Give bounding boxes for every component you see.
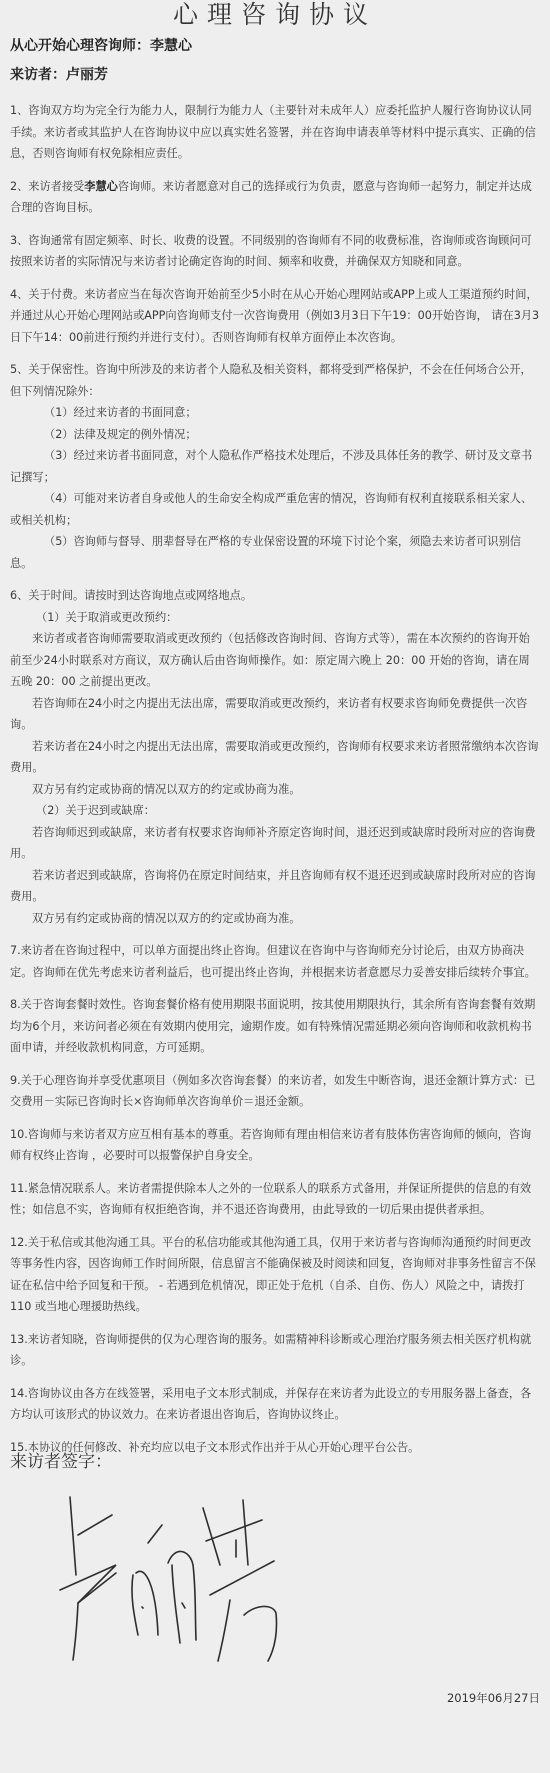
clause-6: 6、关于时间。请按时到达咨询地点或网络地点。 （1）关于取消或更改预约： 来访者… (10, 585, 540, 929)
clause-6-sub2-para-2: 若来访者迟到或缺席，咨询将仍在原定时间结束，并且咨询师有权不退还迟到或缺席时段所… (10, 865, 540, 908)
clause-14: 14.咨询协议由各方在线签署，采用电子文本形式制成，并保存在来访者为此设立的专用… (10, 1383, 540, 1426)
counselor-label: 从心开始心理咨询师： (10, 38, 150, 54)
clause-7: 7.来访者在咨询过程中，可以单方面提出终止咨询。但建议在咨询中与咨询师充分讨论后… (10, 940, 540, 983)
clause-10: 10.咨询师与来访者双方应互相有基本的尊重。若咨询师有理由相信来访者有肢体伤害咨… (10, 1124, 540, 1167)
counselor-name: 李慧心 (150, 38, 192, 54)
page-title: 心理咨询协议 (0, 0, 550, 32)
client-name: 卢丽芳 (66, 67, 108, 83)
clause-8: 8.关于咨询套餐时效性。咨询套餐价格有使用期限书面说明，按其使用期限执行，其余所… (10, 994, 540, 1059)
signature-label: 来访者签字： (10, 1447, 112, 1472)
clause-1: 1、咨询双方均为完全行为能力人，限制行为能力人（主要针对未成年人）应委托监护人履… (10, 100, 540, 165)
clause-2: 2、来访者接受李慧心咨询师。来访者愿意对自己的选择或行为负责，愿意与咨询师一起努… (10, 176, 540, 219)
clause-4: 4、关于付费。来访者应当在每次咨询开始前至少5小时在从心开始心理网站或APP上或… (10, 284, 540, 349)
clause-6-sub2-para-1: 若咨询师迟到或缺席，来访者有权要求咨询师补齐原定咨询时间，退还迟到或缺席时段所对… (10, 822, 540, 865)
clause-6-sub2-title: （2）关于迟到或缺席： (10, 800, 540, 822)
clause-11: 11.紧急情况联系人。来访者需提供除本人之外的一位联系人的联系方式备用，并保证所… (10, 1178, 540, 1221)
clause-5-intro: 5、关于保密性。咨询中所涉及的来访者个人隐私及相关资料，都将受到严格保护，不会在… (10, 359, 540, 402)
signature-date: 2019年06月27日 (447, 1690, 540, 1706)
clause-5-item-3: （3）经过来访者书面同意，对个人隐私作严格技术处理后，不涉及具体任务的教学、研讨… (10, 445, 540, 488)
clause-6-sub1-para-3: 若来访者在24小时之内提出无法出席，需要取消或更改预约，咨询师有权要求来访者照常… (10, 736, 540, 779)
clause-5-item-5: （5）咨询师与督导、朋辈督导在严格的专业保密设置的环境下讨论个案，须隐去来访者可… (10, 531, 540, 574)
clause-6-intro: 6、关于时间。请按时到达咨询地点或网络地点。 (10, 585, 540, 607)
clause-6-sub1-para-2: 若咨询师在24小时之内提出无法出席，需要取消或更改预约，来访者有权要求咨询师免费… (10, 693, 540, 736)
clause-6-sub2-para-3: 双方另有约定或协商的情况以双方的约定或协商为准。 (10, 908, 540, 930)
clause-2-counselor-name: 李慧心 (84, 180, 118, 193)
counselor-row: 从心开始心理咨询师：李慧心 (10, 32, 540, 61)
parties-block: 从心开始心理咨询师：李慧心 来访者：卢丽芳 (0, 32, 550, 90)
agreement-page: 心理咨询协议 从心开始心理咨询师：李慧心 来访者：卢丽芳 1、咨询双方均为完全行… (0, 0, 550, 1773)
clause-5-item-2: （2）法律及规定的例外情况； (10, 424, 540, 446)
clause-6-sub1-title: （1）关于取消或更改预约： (10, 607, 540, 629)
clause-9: 9.关于心理咨询并享受优惠项目（例如多次咨询套餐）的来访者，如发生中断咨询，退还… (10, 1070, 540, 1113)
agreement-clauses: 1、咨询双方均为完全行为能力人，限制行为能力人（主要针对未成年人）应委托监护人履… (0, 100, 550, 1458)
client-label: 来访者： (10, 67, 66, 83)
clause-6-sub1-para-1: 来访者或者咨询师需要取消或更改预约（包括修改咨询时间、咨询方式等），需在本次预约… (10, 628, 540, 693)
clause-5-item-4: （4）可能对来访者自身或他人的生命安全构成严重危害的情况，咨询师有权利直接联系相… (10, 488, 540, 531)
clause-12: 12.关于私信或其他沟通工具。平台的私信功能或其他沟通工具，仅用于来访者与咨询师… (10, 1232, 540, 1318)
clause-6-sub1-para-4: 双方另有约定或协商的情况以双方的约定或协商为准。 (10, 779, 540, 801)
clause-3: 3、咨询通常有固定频率、时长、收费的设置。不同级别的咨询师有不同的收费标准，咨询… (10, 230, 540, 273)
client-row: 来访者：卢丽芳 (10, 61, 540, 90)
clause-13: 13.来访者知晓，咨询师提供的仅为心理咨询的服务。如需精神科诊断或心理治疗服务须… (10, 1329, 540, 1372)
clause-5: 5、关于保密性。咨询中所涉及的来访者个人隐私及相关资料，都将受到严格保护，不会在… (10, 359, 540, 574)
clause-2-pre: 2、来访者接受 (10, 180, 84, 193)
handwritten-signature-image (50, 1495, 290, 1665)
clause-5-item-1: （1）经过来访者的书面同意； (10, 402, 540, 424)
